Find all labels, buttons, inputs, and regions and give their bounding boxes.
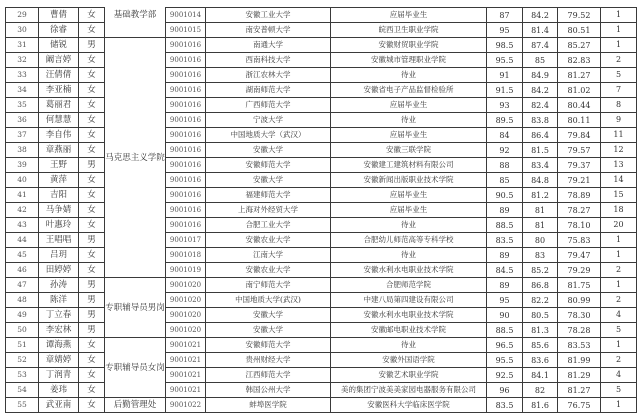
written-score-cell: 84 [487,128,523,143]
position-code-cell: 9001014 [166,8,206,23]
row-number-cell: 38 [6,143,39,158]
rank-cell: 1 [601,23,637,38]
rank-cell: 5 [601,323,637,338]
rank-cell: 1 [601,338,637,353]
written-score-cell: 96 [487,383,523,398]
total-score-cell: 85.27 [558,38,601,53]
table-body: 29曹倩女基础教学部9001014安徽工业大学应届毕业生8784.279.521… [6,8,637,413]
table-row: 42马争婧女9001016上海对外经贸大学应届毕业生898178.2718 [6,203,637,218]
rank-cell: 20 [601,218,637,233]
results-table: 29曹倩女基础教学部9001014安徽工业大学应届毕业生8784.279.521… [5,7,637,413]
row-number-cell: 29 [6,8,39,23]
written-score-cell: 89 [487,203,523,218]
name-cell: 李亚楠 [39,83,79,98]
table-row: 48陈洋男9001020中国地质大学(武汉)中建八局第四建设有限公司9582.2… [6,293,637,308]
gender-cell: 女 [79,128,105,143]
school-cell: 贵州财经大学 [206,353,331,368]
total-score-cell: 80.99 [558,293,601,308]
interview-score-cell: 83 [523,248,558,263]
rank-cell: 11 [601,128,637,143]
table-row: 32阚言婷女9001016西南科技大学安徽城市管理职业学院95.58582.83… [6,53,637,68]
name-cell: 吉阳 [39,188,79,203]
table-row: 34李亚楠女9001016湖南师范大学安徽省电子产品监督检验所91.584.28… [6,83,637,98]
gender-cell: 女 [79,218,105,233]
rank-cell: 4 [601,308,637,323]
rank-cell: 2 [601,53,637,68]
total-score-cell: 79.52 [558,8,601,23]
interview-score-cell: 82.4 [523,98,558,113]
position-code-cell: 9001015 [166,23,206,38]
row-number-cell: 46 [6,263,39,278]
gender-cell: 女 [79,203,105,218]
written-score-cell: 89 [487,248,523,263]
name-cell: 丁润青 [39,368,79,383]
total-score-cell: 80.51 [558,23,601,38]
school-cell: 蚌埠医学院 [206,398,331,413]
name-cell: 田婷婷 [39,263,79,278]
interview-score-cell: 80 [523,233,558,248]
name-cell: 叶惠玲 [39,218,79,233]
rank-cell: 14 [601,173,637,188]
workplace-cell: 安徽医科大学临床医学院 [331,398,487,413]
interview-score-cell: 84.1 [523,368,558,383]
total-score-cell: 79.47 [558,248,601,263]
name-cell: 章婧婷 [39,353,79,368]
total-score-cell: 79.37 [558,158,601,173]
row-number-cell: 33 [6,68,39,83]
total-score-cell: 79.57 [558,143,601,158]
position-code-cell: 9001017 [166,233,206,248]
written-score-cell: 90 [487,308,523,323]
position-code-cell: 9001016 [166,188,206,203]
interview-score-cell: 81.3 [523,323,558,338]
row-number-cell: 32 [6,53,39,68]
position-code-cell: 9001021 [166,338,206,353]
written-score-cell: 85 [487,173,523,188]
total-score-cell: 80.11 [558,113,601,128]
written-score-cell: 91 [487,68,523,83]
interview-score-cell: 85.6 [523,338,558,353]
name-cell: 黄萍 [39,173,79,188]
written-score-cell: 87 [487,8,523,23]
position-code-cell: 9001016 [166,68,206,83]
name-cell: 汪倩倩 [39,68,79,83]
name-cell: 丁立春 [39,308,79,323]
interview-score-cell: 85.2 [523,263,558,278]
written-score-cell: 88.5 [487,218,523,233]
gender-cell: 女 [79,173,105,188]
gender-cell: 女 [79,8,105,23]
position-code-cell: 9001020 [166,293,206,308]
row-number-cell: 49 [6,308,39,323]
rank-cell: 1 [601,38,637,53]
gender-cell: 女 [79,98,105,113]
total-score-cell: 81.02 [558,83,601,98]
position-code-cell: 9001016 [166,53,206,68]
position-code-cell: 9001016 [166,203,206,218]
workplace-cell: 安徽建工建筑材料有限公司 [331,158,487,173]
school-cell: 安徽工业大学 [206,8,331,23]
row-number-cell: 50 [6,323,39,338]
rank-cell: 5 [601,68,637,83]
interview-score-cell: 80.5 [523,308,558,323]
interview-score-cell: 83.4 [523,158,558,173]
school-cell: 湖南师范大学 [206,83,331,98]
table-row: 45吕玥女9001018江南大学待业898379.471 [6,248,637,263]
total-score-cell: 80.44 [558,98,601,113]
gender-cell: 男 [79,233,105,248]
gender-cell: 女 [79,113,105,128]
school-cell: 韩国公州大学 [206,383,331,398]
interview-score-cell: 81.4 [523,23,558,38]
written-score-cell: 88.5 [487,323,523,338]
written-score-cell: 89.5 [487,113,523,128]
written-score-cell: 95 [487,293,523,308]
row-number-cell: 47 [6,278,39,293]
school-cell: 江南大学 [206,248,331,263]
written-score-cell: 89 [487,278,523,293]
written-score-cell: 95 [487,23,523,38]
gender-cell: 女 [79,353,105,368]
row-number-cell: 48 [6,293,39,308]
school-cell: 安徽师范大学 [206,158,331,173]
gender-cell: 女 [79,68,105,83]
workplace-cell: 皖西卫生职业学院 [331,23,487,38]
gender-cell: 女 [79,53,105,68]
gender-cell: 女 [79,188,105,203]
name-cell: 孙涛 [39,278,79,293]
gender-cell: 女 [79,368,105,383]
school-cell: 福建师范大学 [206,188,331,203]
workplace-cell: 安徽省电子产品监督检验所 [331,83,487,98]
name-cell: 储锐 [39,38,79,53]
table-row: 36何慧慧女9001016宁波大学待业89.583.880.119 [6,113,637,128]
position-code-cell: 9001020 [166,323,206,338]
school-cell: 安徽大学 [206,143,331,158]
name-cell: 章燕丽 [39,143,79,158]
interview-score-cell: 85 [523,53,558,68]
total-score-cell: 81.75 [558,278,601,293]
school-cell: 安徽大学 [206,308,331,323]
interview-score-cell: 81 [523,203,558,218]
rank-cell: 1 [601,248,637,263]
total-score-cell: 78.27 [558,203,601,218]
gender-cell: 女 [79,143,105,158]
gender-cell: 女 [79,338,105,353]
school-cell: 安徽师范大学 [206,338,331,353]
interview-score-cell: 84.9 [523,68,558,83]
position-code-cell: 9001016 [166,83,206,98]
total-score-cell: 81.27 [558,68,601,83]
position-code-cell: 9001020 [166,308,206,323]
written-score-cell: 83.5 [487,398,523,413]
table-row: 30徐睿女9001015南安普顿大学皖西卫生职业学院9581.480.511 [6,23,637,38]
row-number-cell: 40 [6,173,39,188]
total-score-cell: 79.29 [558,263,601,278]
table-row: 49丁立春男9001020安徽大学安徽水利水电职业技术学院9080.578.30… [6,308,637,323]
name-cell: 何慧慧 [39,113,79,128]
rank-cell: 15 [601,188,637,203]
workplace-cell: 安徽邮电职业技术学院 [331,323,487,338]
rank-cell: 1 [601,398,637,413]
row-number-cell: 41 [6,188,39,203]
school-cell: 广西师范大学 [206,98,331,113]
workplace-cell: 待业 [331,113,487,128]
position-code-cell: 9001016 [166,38,206,53]
workplace-cell: 应届毕业生 [331,98,487,113]
workplace-cell: 安徽财贸职业学院 [331,38,487,53]
department-cell: 马克思主义学院 [105,38,166,278]
table-row: 51谭海燕女专职辅导员女岗9001021安徽师范大学待业96.585.683.5… [6,338,637,353]
table-row: 29曹倩女基础教学部9001014安徽工业大学应届毕业生8784.279.521 [6,8,637,23]
written-score-cell: 83.5 [487,233,523,248]
rank-cell: 8 [601,98,637,113]
table-row: 44王唱唱男9001017安徽农业大学合肥幼儿师范高等专科学校83.58075.… [6,233,637,248]
workplace-cell: 安徽艺术职业学院 [331,368,487,383]
gender-cell: 男 [79,278,105,293]
name-cell: 王唱唱 [39,233,79,248]
name-cell: 徐睿 [39,23,79,38]
name-cell: 曹倩 [39,8,79,23]
rank-cell: 5 [601,383,637,398]
interview-score-cell: 83.6 [523,353,558,368]
school-cell: 南安普顿大学 [206,23,331,38]
workplace-cell: 应届毕业生 [331,128,487,143]
written-score-cell: 93 [487,98,523,113]
workplace-cell: 应届毕业生 [331,8,487,23]
row-number-cell: 34 [6,83,39,98]
workplace-cell: 待业 [331,218,487,233]
table-row: 39王野男9001016安徽师范大学安徽建工建筑材料有限公司8883.479.3… [6,158,637,173]
position-code-cell: 9001016 [166,128,206,143]
gender-cell: 女 [79,398,105,413]
name-cell: 吕玥 [39,248,79,263]
position-code-cell: 9001020 [166,278,206,293]
interview-score-cell: 82.2 [523,293,558,308]
row-number-cell: 31 [6,38,39,53]
total-score-cell: 81.29 [558,368,601,383]
position-code-cell: 9001021 [166,383,206,398]
written-score-cell: 92 [487,143,523,158]
gender-cell: 男 [79,293,105,308]
workplace-cell: 待业 [331,338,487,353]
row-number-cell: 30 [6,23,39,38]
name-cell: 武亚南 [39,398,79,413]
row-number-cell: 37 [6,128,39,143]
row-number-cell: 43 [6,218,39,233]
position-code-cell: 9001018 [166,248,206,263]
interview-score-cell: 81 [523,218,558,233]
interview-score-cell: 82 [523,383,558,398]
gender-cell: 男 [79,38,105,53]
workplace-cell: 美的集团宁波美美家园电器服务有限公司 [331,383,487,398]
name-cell: 马争婧 [39,203,79,218]
row-number-cell: 42 [6,203,39,218]
school-cell: 安徽农业大学 [206,263,331,278]
table-row: 38章燕丽女9001016安徽大学安徽三联学院9281.579.5712 [6,143,637,158]
total-score-cell: 83.53 [558,338,601,353]
school-cell: 安徽农业大学 [206,233,331,248]
interview-score-cell: 84.2 [523,8,558,23]
workplace-cell: 应届毕业生 [331,203,487,218]
name-cell: 李宏林 [39,323,79,338]
rank-cell: 18 [601,203,637,218]
gender-cell: 女 [79,383,105,398]
total-score-cell: 81.27 [558,383,601,398]
school-cell: 中国地质大学(武汉) [206,293,331,308]
written-score-cell: 90.5 [487,188,523,203]
row-number-cell: 36 [6,113,39,128]
table-row: 31储锐男马克思主义学院9001016南通大学安徽财贸职业学院98.587.48… [6,38,637,53]
rank-cell: 13 [601,158,637,173]
total-score-cell: 78.10 [558,218,601,233]
gender-cell: 女 [79,83,105,98]
position-code-cell: 9001021 [166,368,206,383]
rank-cell: 12 [601,143,637,158]
interview-score-cell: 81.2 [523,188,558,203]
row-number-cell: 54 [6,383,39,398]
table-row: 43叶惠玲女9001016合肥工业大学待业88.58178.1020 [6,218,637,233]
written-score-cell: 88 [487,158,523,173]
table-row: 46田婷婷女9001019安徽农业大学安徽水利水电职业技术学院84.585.27… [6,263,637,278]
gender-cell: 男 [79,158,105,173]
row-number-cell: 53 [6,368,39,383]
table-row: 35葛丽君女9001016广西师范大学应届毕业生9382.480.448 [6,98,637,113]
row-number-cell: 44 [6,233,39,248]
workplace-cell: 应届毕业生 [331,188,487,203]
rank-cell: 2 [601,353,637,368]
total-score-cell: 82.83 [558,53,601,68]
table-row: 47孙涛男专职辅导员男岗9001020南宁师范大学合肥师范学院8986.881.… [6,278,637,293]
rank-cell: 1 [601,8,637,23]
workplace-cell: 安徽城市管理职业学院 [331,53,487,68]
name-cell: 阚言婷 [39,53,79,68]
interview-score-cell: 86.4 [523,128,558,143]
interview-score-cell: 84.2 [523,83,558,98]
name-cell: 葛丽君 [39,98,79,113]
written-score-cell: 95.5 [487,53,523,68]
workplace-cell: 安徽新闻出版职业技术学院 [331,173,487,188]
position-code-cell: 9001016 [166,113,206,128]
workplace-cell: 合肥师范学院 [331,278,487,293]
table-row: 33汪倩倩女9001016浙江农林大学待业9184.981.275 [6,68,637,83]
workplace-cell: 合肥幼儿师范高等专科学校 [331,233,487,248]
rank-cell: 1 [601,278,637,293]
table-row: 37李自伟女9001016中国地质大学（武汉）应届毕业生8486.479.841… [6,128,637,143]
total-score-cell: 79.84 [558,128,601,143]
department-cell: 后勤管理处 [105,398,166,413]
rank-cell: 4 [601,368,637,383]
position-code-cell: 9001016 [166,173,206,188]
gender-cell: 男 [79,323,105,338]
total-score-cell: 76.75 [558,398,601,413]
gender-cell: 男 [79,308,105,323]
name-cell: 姜玮 [39,383,79,398]
row-number-cell: 52 [6,353,39,368]
rank-cell: 9 [601,113,637,128]
gender-cell: 女 [79,263,105,278]
school-cell: 安徽大学 [206,323,331,338]
department-cell: 专职辅导员女岗 [105,338,166,398]
position-code-cell: 9001016 [166,218,206,233]
total-score-cell: 78.30 [558,308,601,323]
name-cell: 谭海燕 [39,338,79,353]
table-row: 50李宏林男9001020安徽大学安徽邮电职业技术学院88.581.378.28… [6,323,637,338]
school-cell: 浙江农林大学 [206,68,331,83]
school-cell: 江西师范大学 [206,368,331,383]
table-row: 54姜玮女9001021韩国公州大学美的集团宁波美美家园电器服务有限公司9682… [6,383,637,398]
total-score-cell: 79.21 [558,173,601,188]
total-score-cell: 75.83 [558,233,601,248]
row-number-cell: 35 [6,98,39,113]
written-score-cell: 95.5 [487,353,523,368]
row-number-cell: 45 [6,248,39,263]
position-code-cell: 9001019 [166,263,206,278]
school-cell: 南宁师范大学 [206,278,331,293]
gender-cell: 女 [79,23,105,38]
school-cell: 安徽大学 [206,173,331,188]
written-score-cell: 98.5 [487,38,523,53]
interview-score-cell: 86.8 [523,278,558,293]
total-score-cell: 78.28 [558,323,601,338]
written-score-cell: 92.5 [487,368,523,383]
workplace-cell: 待业 [331,68,487,83]
department-cell: 基础教学部 [105,8,166,38]
school-cell: 南通大学 [206,38,331,53]
interview-score-cell: 81.5 [523,143,558,158]
row-number-cell: 39 [6,158,39,173]
name-cell: 李自伟 [39,128,79,143]
row-number-cell: 51 [6,338,39,353]
workplace-cell: 中建八局第四建设有限公司 [331,293,487,308]
table-row: 52章婧婷女9001021贵州财经大学安徽外国语学院95.583.681.992 [6,353,637,368]
school-cell: 上海对外经贸大学 [206,203,331,218]
rank-cell: 7 [601,83,637,98]
table-row: 41吉阳女9001016福建师范大学应届毕业生90.581.278.8915 [6,188,637,203]
row-number-cell: 55 [6,398,39,413]
interview-score-cell: 87.4 [523,38,558,53]
workplace-cell: 安徽水利水电职业技术学院 [331,308,487,323]
table-row: 40黄萍女9001016安徽大学安徽新闻出版职业技术学院8584.879.211… [6,173,637,188]
name-cell: 王野 [39,158,79,173]
department-cell: 专职辅导员男岗 [105,278,166,338]
interview-score-cell: 83.8 [523,113,558,128]
workplace-cell: 安徽水利水电职业技术学院 [331,263,487,278]
results-table-sheet: 29曹倩女基础教学部9001014安徽工业大学应届毕业生8784.279.521… [5,7,636,413]
position-code-cell: 9001016 [166,158,206,173]
position-code-cell: 9001022 [166,398,206,413]
position-code-cell: 9001016 [166,143,206,158]
rank-cell: 2 [601,263,637,278]
workplace-cell: 安徽三联学院 [331,143,487,158]
school-cell: 中国地质大学（武汉） [206,128,331,143]
written-score-cell: 96.5 [487,338,523,353]
table-row: 53丁润青女9001021江西师范大学安徽艺术职业学院92.584.181.29… [6,368,637,383]
workplace-cell: 待业 [331,248,487,263]
name-cell: 陈洋 [39,293,79,308]
total-score-cell: 81.99 [558,353,601,368]
rank-cell: 1 [601,233,637,248]
school-cell: 西南科技大学 [206,53,331,68]
school-cell: 宁波大学 [206,113,331,128]
position-code-cell: 9001016 [166,98,206,113]
total-score-cell: 78.89 [558,188,601,203]
table-row: 55武亚南女后勤管理处9001022蚌埠医学院安徽医科大学临床医学院83.581… [6,398,637,413]
workplace-cell: 安徽外国语学院 [331,353,487,368]
written-score-cell: 91.5 [487,83,523,98]
written-score-cell: 84.5 [487,263,523,278]
position-code-cell: 9001021 [166,353,206,368]
